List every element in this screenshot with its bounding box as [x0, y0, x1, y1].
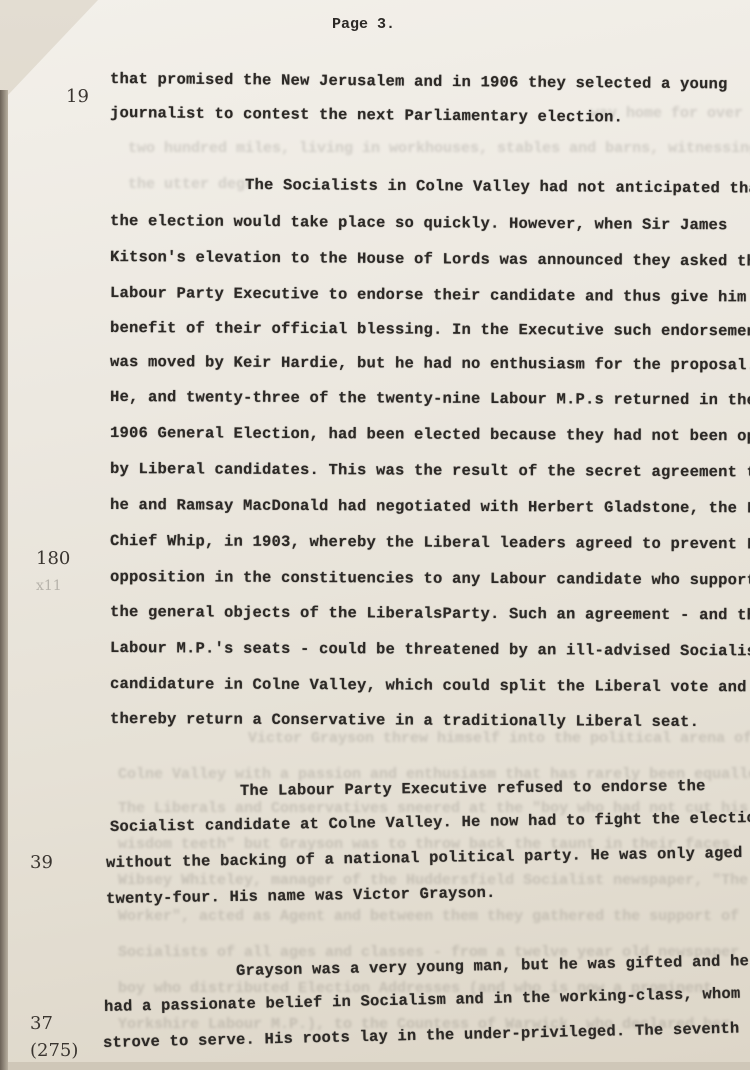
- text-line: candidature in Colne Valley, which could…: [110, 675, 747, 696]
- margin-note: 180: [36, 548, 70, 569]
- margin-note: 39: [30, 852, 53, 873]
- text-line: He, and twenty-three of the twenty-nine …: [110, 388, 750, 409]
- bleed-through-line: Victor Grayson threw himself into the po…: [248, 730, 750, 747]
- margin-note-faint: x11: [36, 578, 62, 594]
- bleed-through-line: Worker", acted as Agent and between them…: [118, 908, 739, 925]
- bleed-through-line: the utter degr: [128, 176, 254, 193]
- text-line: was moved by Keir Hardie, but he had no …: [110, 353, 750, 374]
- text-line: Chief Whip, in 1903, whereby the Liberal…: [110, 532, 750, 554]
- text-line: benefit of their official blessing. In t…: [110, 319, 750, 340]
- margin-note: 19: [66, 86, 89, 107]
- text-line: by Liberal candidates. This was the resu…: [110, 460, 750, 482]
- text-line: opposition in the constituencies to any …: [110, 568, 750, 589]
- page-edge-shadow: [0, 90, 8, 1070]
- text-line: Labour M.P.'s seats - could be threatene…: [110, 639, 750, 660]
- text-line: he and Ramsay MacDonald had negotiated w…: [110, 496, 750, 518]
- margin-note: (275): [30, 1040, 78, 1061]
- text-line: The Socialists in Colne Valley had not a…: [245, 176, 750, 198]
- text-line: thereby return a Conservative in a tradi…: [110, 710, 699, 731]
- page-number: Page 3.: [332, 16, 395, 33]
- text-line: 1906 General Election, had been elected …: [110, 424, 750, 446]
- bleed-through-line: two hundred miles, living in workhouses,…: [128, 140, 750, 157]
- margin-note: 37: [30, 1013, 53, 1034]
- text-line: the general objects of the LiberalsParty…: [110, 603, 750, 624]
